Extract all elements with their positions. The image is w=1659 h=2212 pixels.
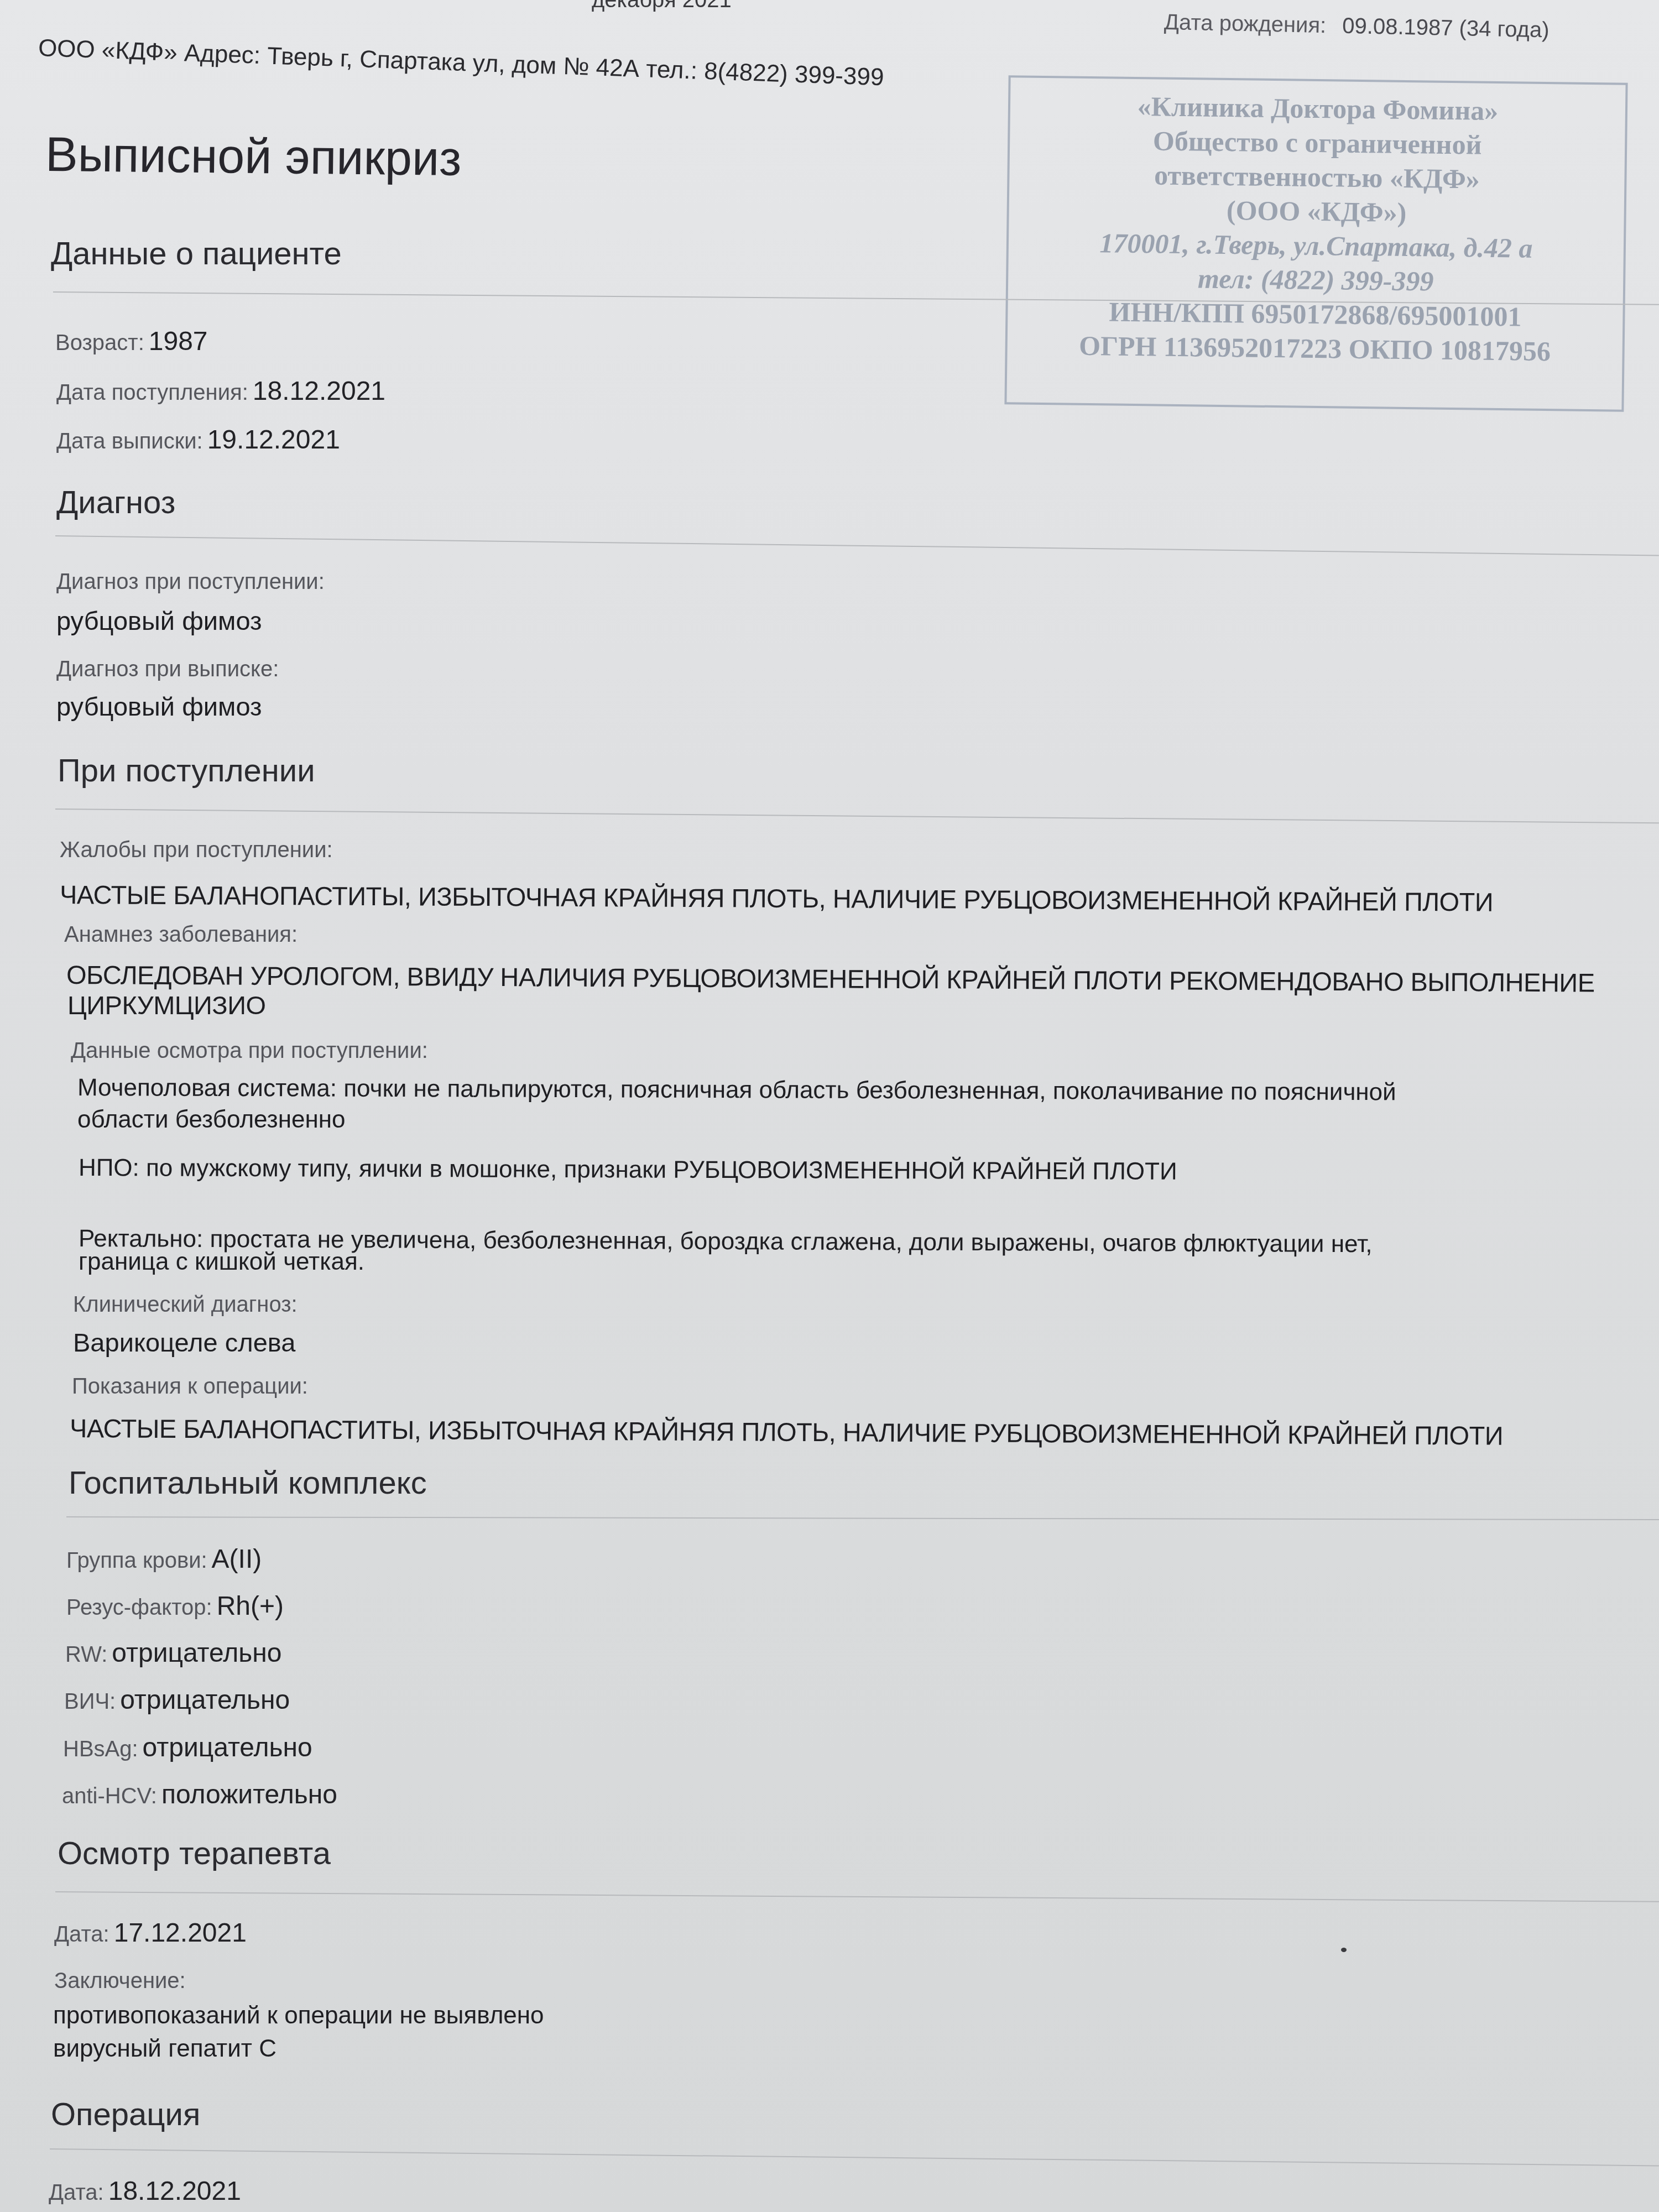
exam-line: области безболезненно <box>77 1106 346 1134</box>
lab-value: отрицательно <box>143 1733 312 1762</box>
anamnesis-line: ЦИРКУМЦИЗИО <box>67 990 266 1020</box>
therapist-date-label: Дата: <box>54 1922 109 1947</box>
lab-result: Резус-фактор:Rh(+) <box>66 1591 284 1621</box>
section-heading-therapist: Осмотр терапевта <box>58 1835 331 1872</box>
exam-line: граница с кишкой четкая. <box>79 1248 364 1276</box>
lab-label: Группа крови: <box>66 1548 207 1573</box>
lab-label: Резус-фактор: <box>66 1595 212 1620</box>
discharge-date-label: Дата выписки: <box>56 429 203 453</box>
lab-result: HBsAg:отрицательно <box>63 1733 312 1763</box>
lab-result: RW:отрицательно <box>65 1638 281 1668</box>
lab-value: положительно <box>161 1780 337 1809</box>
birth-date-label: Дата рождения: <box>1164 10 1327 38</box>
document-title: Выписной эпикриз <box>45 126 462 187</box>
clinical-diagnosis-label: Клинический диагноз: <box>73 1292 298 1317</box>
age-label: Возраст: <box>55 331 144 355</box>
patient-age: Возраст:1987 <box>55 326 208 357</box>
indications-label: Показания к операции: <box>72 1374 308 1399</box>
exam-label: Данные осмотра при поступлении: <box>71 1039 428 1063</box>
lab-result: anti-HCV:положительно <box>62 1780 337 1810</box>
discharge-date: Дата выписки:19.12.2021 <box>56 425 340 455</box>
lab-result: ВИЧ:отрицательно <box>64 1685 290 1715</box>
lab-label: RW: <box>65 1642 107 1667</box>
diagnosis-discharge-value: рубцовый фимоз <box>56 691 262 722</box>
diagnosis-admission-value: рубцовый фимоз <box>56 606 262 636</box>
ink-speck <box>1341 1948 1347 1952</box>
admission-date: Дата поступления:18.12.2021 <box>56 376 385 406</box>
section-heading-patient: Данные о пациенте <box>51 235 342 272</box>
lab-value: A(II) <box>212 1545 262 1574</box>
clinical-diagnosis-value: Варикоцеле слева <box>73 1327 295 1358</box>
conclusion-line: вирусный гепатит С <box>53 2035 276 2063</box>
admission-date-label: Дата поступления: <box>56 380 248 405</box>
lab-value: отрицательно <box>112 1639 281 1668</box>
lab-value: Rh(+) <box>217 1592 284 1621</box>
top-cut-date: декабря 2021 <box>592 0 732 13</box>
discharge-date-value: 19.12.2021 <box>207 425 340 455</box>
lab-result: Группа крови:A(II) <box>66 1544 262 1574</box>
anamnesis-label: Анамнез заболевания: <box>64 922 298 947</box>
therapist-date: Дата:17.12.2021 <box>54 1918 247 1948</box>
stamp-line: ОГРН 1136952017223 ОКПО 10817956 <box>1007 327 1623 369</box>
diagnosis-discharge-label: Диагноз при выписке: <box>56 657 279 682</box>
operation-date-label: Дата: <box>49 2180 104 2205</box>
section-heading-diagnosis: Диагноз <box>56 484 175 521</box>
therapist-date-value: 17.12.2021 <box>114 1918 247 1948</box>
admission-date-value: 18.12.2021 <box>253 377 385 406</box>
lab-label: ВИЧ: <box>64 1689 116 1714</box>
exam-line: НПО: по мужскому типу, яички в мошонке, … <box>79 1154 1177 1186</box>
lab-label: HBsAg: <box>63 1737 138 1761</box>
conclusion-label: Заключение: <box>54 1969 186 1994</box>
clinic-stamp: «Клиника Доктора Фомина» Общество с огра… <box>1004 75 1627 412</box>
lab-value: отрицательно <box>120 1686 290 1715</box>
conclusion-line: противопоказаний к операции не выявлено <box>53 2002 544 2030</box>
operation-date-value: 18.12.2021 <box>108 2177 241 2206</box>
section-heading-hospital-complex: Госпитальный комплекс <box>69 1464 427 1501</box>
exam-line: Мочеполовая система: почки не пальпируют… <box>77 1074 1396 1106</box>
lab-label: anti-HCV: <box>62 1784 157 1808</box>
section-heading-operation: Операция <box>51 2096 200 2133</box>
section-heading-admission: При поступлении <box>58 752 315 789</box>
operation-date: Дата:18.12.2021 <box>49 2176 241 2206</box>
age-value: 1987 <box>149 327 208 356</box>
diagnosis-admission-label: Диагноз при поступлении: <box>56 570 325 594</box>
birth-date-value: 09.08.1987 (34 года) <box>1342 14 1550 43</box>
complaints-label: Жалобы при поступлении: <box>60 838 333 863</box>
